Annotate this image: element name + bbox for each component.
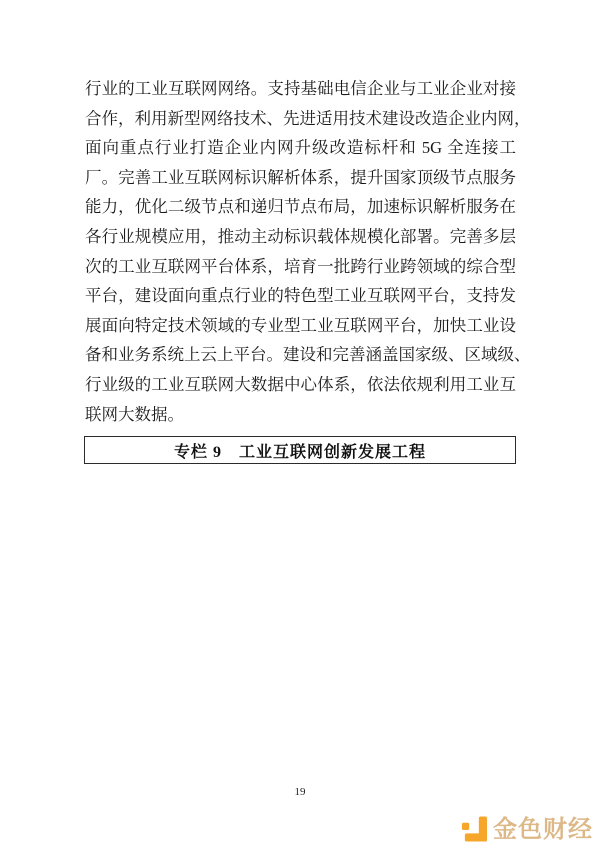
paragraph-line: 次的工业互联网平台体系，培育一批跨行业跨领域的综合型 [85,252,516,282]
page-number: 19 [0,786,600,798]
watermark-label: 金色财经 [493,816,593,843]
watermark: 金色财经 [461,816,593,843]
paragraph-line: 厂。完善工业互联网标识解析体系，提升国家顶级节点服务 [85,163,516,193]
paragraph-line: 合作，利用新型网络技术、先进适用技术建设改造企业内网， [85,104,516,134]
paragraph-line: 各行业规模应用，推动主动标识载体规模化部署。完善多层 [85,222,516,252]
paragraph-line: 行业的工业互联网网络。支持基础电信企业与工业企业对接 [85,74,516,104]
paragraph-block: 行业的工业互联网网络。支持基础电信企业与工业企业对接 合作，利用新型网络技术、先… [85,74,516,429]
paragraph-line: 平台，建设面向重点行业的特色型工业互联网平台，支持发 [85,281,516,311]
callout-box-title: 专栏 9 工业互联网创新发展工程 [174,439,426,462]
paragraph-line: 行业级的工业互联网大数据中心体系，依法依规利用工业互 [85,370,516,400]
callout-box: 专栏 9 工业互联网创新发展工程 [84,436,516,464]
document-page: 行业的工业互联网网络。支持基础电信企业与工业企业对接 合作，利用新型网络技术、先… [0,0,600,848]
paragraph-line: 面向重点行业打造企业内网升级改造标杆和 5G 全连接工 [85,133,516,163]
paragraph-line: 展面向特定技术领域的专业型工业互联网平台，加快工业设 [85,311,516,341]
paragraph-line: 联网大数据。 [85,400,516,430]
paragraph-line: 能力，优化二级节点和递归节点布局，加速标识解析服务在 [85,192,516,222]
jinse-blocks-logo-icon [461,816,488,843]
paragraph-line: 备和业务系统上云上平台。建设和完善涵盖国家级、区域级、 [85,340,516,370]
